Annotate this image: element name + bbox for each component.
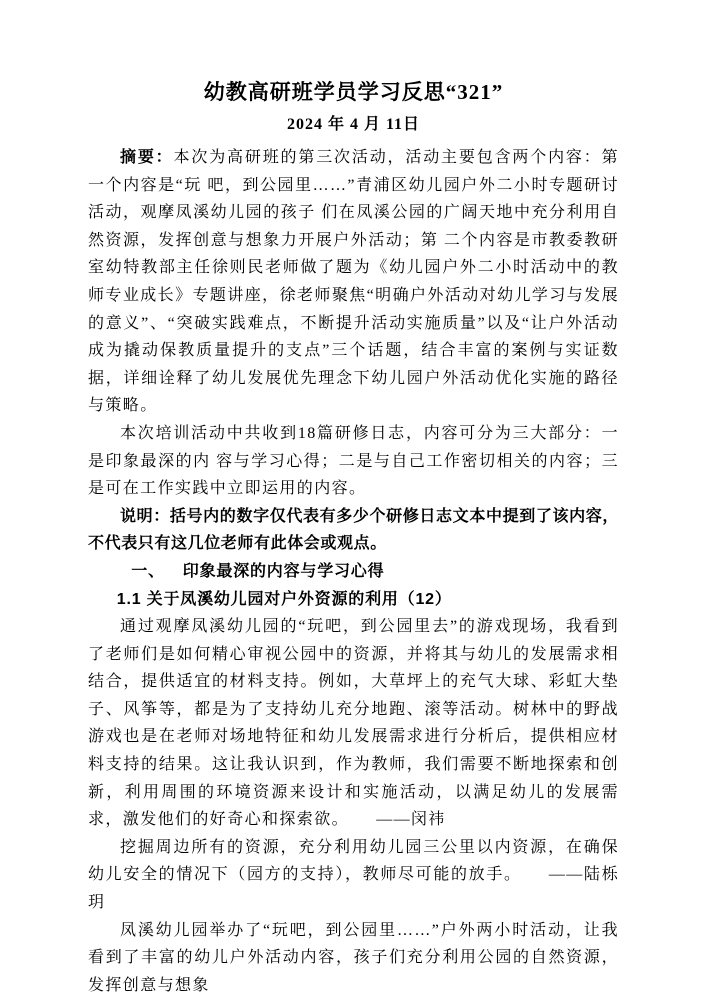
reflection-text: 凤溪幼儿园举办了“玩吧，到公园里……”户外两小时活动，让我看到了丰富的幼儿户外活… (88, 922, 619, 994)
document-date: 2024 年 4 月 11日 (88, 112, 619, 138)
overview-paragraph: 本次培训活动中共收到18篇研修日志，内容可分为三大部分：一是印象最深的内 容与学… (88, 420, 619, 503)
abstract-label: 摘要： (120, 149, 174, 166)
document-title: 幼教高研班学员学习反思“321” (88, 76, 619, 108)
reflection-attribution: ——闵祎 (376, 811, 446, 828)
note-label: 说明： (120, 508, 170, 525)
reflection-text: 通过观摩凤溪幼儿园的“玩吧，到公园里去”的游戏现场，我看到了老师们是如何精心审视… (88, 618, 619, 828)
abstract-text: 本次为高研班的第三次活动，活动主要包含两个内容：第一个内容是“玩 吧，到公园里…… (88, 149, 619, 414)
reflection-paragraph: 凤溪幼儿园举办了“玩吧，到公园里……”户外两小时活动，让我看到了丰富的幼儿户外活… (88, 917, 619, 999)
document-page: 幼教高研班学员学习反思“321” 2024 年 4 月 11日 摘要：本次为高研… (0, 0, 707, 999)
section-1-heading: 一、印象最深的内容与学习心得 (88, 558, 619, 586)
reflection-paragraph: 通过观摩凤溪幼儿园的“玩吧，到公园里去”的游戏现场，我看到了老师们是如何精心审视… (88, 613, 619, 834)
section-1-title: 印象最深的内容与学习心得 (183, 563, 385, 580)
abstract-paragraph: 摘要：本次为高研班的第三次活动，活动主要包含两个内容：第一个内容是“玩 吧，到公… (88, 144, 619, 420)
overview-text: 本次培训活动中共收到18篇研修日志，内容可分为三大部分：一是印象最深的内 容与学… (88, 425, 619, 497)
section-1-number: 一、 (131, 563, 165, 580)
reflection-text: 挖掘周边所有的资源，充分利用幼儿园三公里以内资源，在确保幼儿安全的情况下（园方的… (88, 839, 619, 884)
section-1-1-heading: 1.1 关于凤溪幼儿园对户外资源的利用（12） (88, 586, 619, 614)
note-paragraph: 说明：括号内的数字仅代表有多少个研修日志文本中提到了该内容，不代表只有这几位老师… (88, 503, 619, 558)
reflection-paragraph: 挖掘周边所有的资源，充分利用幼儿园三公里以内资源，在确保幼儿安全的情况下（园方的… (88, 834, 619, 917)
